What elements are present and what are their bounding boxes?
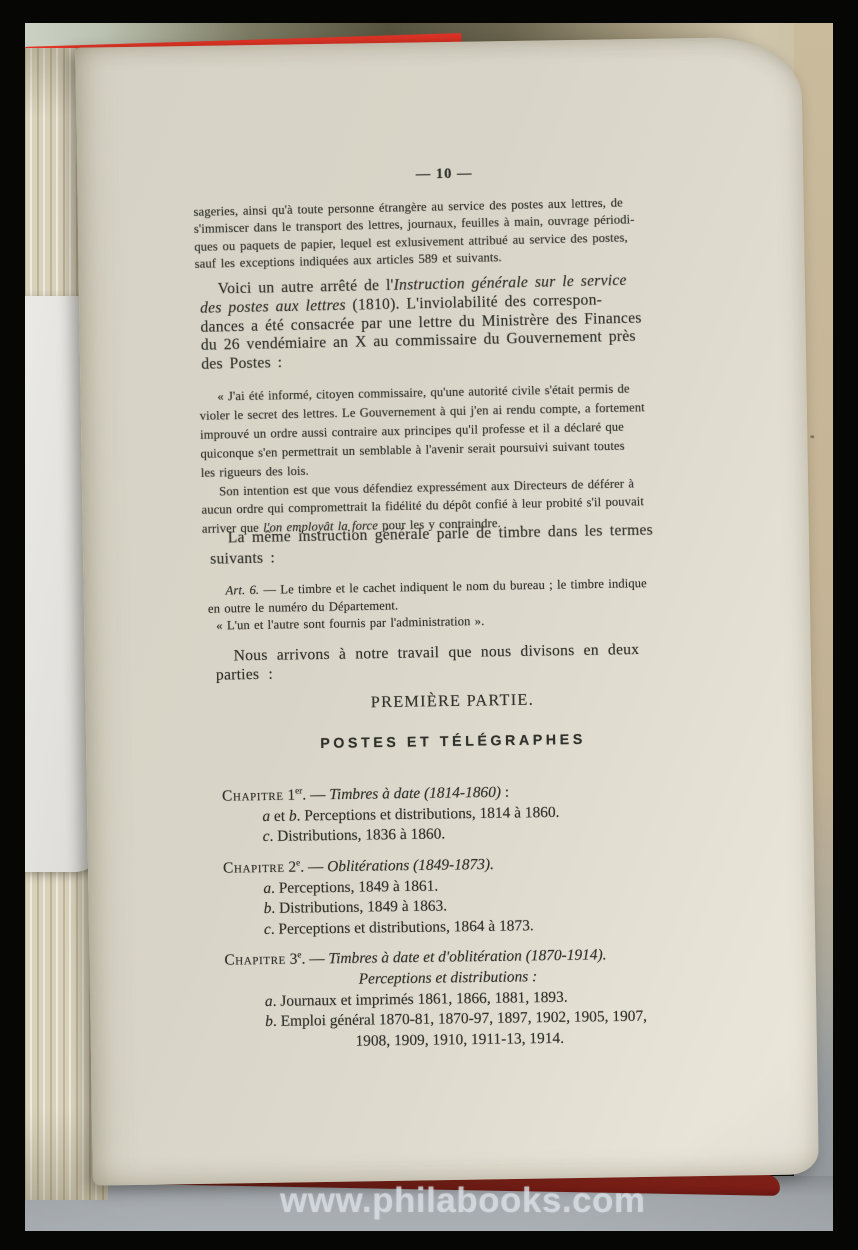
paper-speck <box>810 435 814 438</box>
photo-border-top <box>0 0 858 23</box>
section-title: POSTES ET TÉLÉGRAPHES <box>202 730 704 754</box>
text-line: 1908, 1909, 1910, 1911-13, 1914. <box>355 1026 727 1052</box>
page-number: — 10 — <box>193 162 695 187</box>
paragraph-la-meme: La même instruction générale parle de ti… <box>210 519 713 570</box>
chapter-list: Chapitre 1er. — Timbres à date (1814-186… <box>222 775 728 1054</box>
paragraph-art6: Art. 6. — Le timbre et le cachet indique… <box>207 574 710 636</box>
paragraph-continuation: sageries, ainsi qu'à toute personne étra… <box>193 193 696 274</box>
part-title: PREMIÈRE PARTIE. <box>201 688 703 715</box>
watermark: www.philabooks.com <box>280 1181 646 1221</box>
photo-border-left <box>0 0 25 1250</box>
book-page: — 10 — sageries, ainsi qu'à toute person… <box>75 36 819 1185</box>
paragraph-voici: Voici un autre arrêté de l'Instruction g… <box>200 270 704 374</box>
paragraph-quote: « J'ai été informé, citoyen commissaire,… <box>199 378 704 539</box>
photo-border-right <box>833 0 858 1250</box>
book-photo: — 10 — sageries, ainsi qu'à toute person… <box>0 0 858 1250</box>
photo-border-bottom <box>0 1231 858 1250</box>
paragraph-nous-arrivons: Nous arrivons à notre travail que nous d… <box>216 639 719 685</box>
